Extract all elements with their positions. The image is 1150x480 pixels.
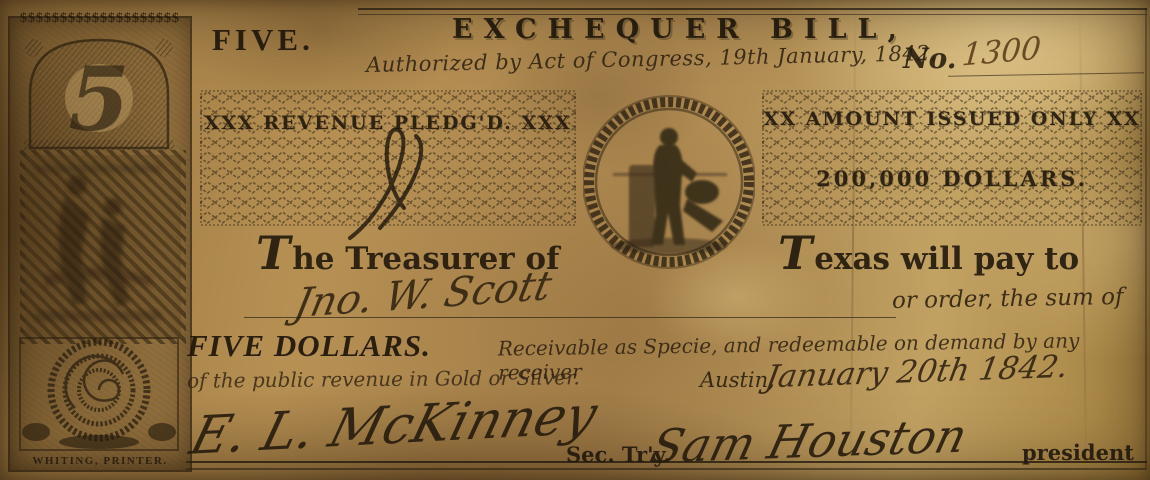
number-label: No. [903, 42, 957, 75]
right-border-rule [1145, 8, 1147, 468]
serial-number-handwritten: 1300 [961, 30, 1043, 73]
authorization-line: Authorized by Act of Congress, 19th Janu… [366, 41, 938, 77]
bill-title: EXCHEQUER BILL, [452, 14, 908, 45]
printer-credit: WHITING, PRINTER. [10, 455, 190, 467]
amount-issued-text: XX AMOUNT ISSUED ONLY XX [762, 108, 1142, 130]
left-vignette-figures-icon [25, 155, 181, 339]
big-numeral-five: 5 [68, 47, 129, 150]
payer-line-right: Texas will pay to [778, 226, 1079, 280]
president-title: president [1022, 440, 1134, 465]
center-vignette-rope-circle-icon [583, 93, 755, 271]
revenue-pledged-panel: XXX REVENUE PLEDG'D. XXX [200, 90, 576, 226]
standing-figure-icon [611, 128, 727, 254]
or-order-text: or order, the sum of [892, 284, 1124, 314]
left-vignette-frame [20, 150, 186, 344]
exchequer-bill-note: $$$$$$$$$$$$$$$$$$$$ 5 [0, 0, 1150, 480]
dollar-sign-border: $$$$$$$$$$$$$$$$$$$$ [10, 11, 190, 27]
payee-rule-line [244, 317, 896, 318]
swirl-medallion-icon [18, 336, 180, 452]
amount-issued-panel: XX AMOUNT ISSUED ONLY XX 200,000 DOLLARS… [762, 90, 1142, 226]
numeral-five-medallion-icon: 5 [18, 32, 180, 150]
secretary-signature: E. L. McKinney [184, 385, 603, 467]
amount-in-words: FIVE DOLLARS. [187, 328, 431, 364]
left-ornament-panel: $$$$$$$$$$$$$$$$$$$$ 5 [8, 16, 192, 472]
paper-crease [1079, 0, 1088, 480]
president-signature: Sam Houston [645, 408, 972, 473]
serial-number-line [948, 72, 1144, 76]
amount-issued-value: 200,000 DOLLARS. [762, 166, 1142, 191]
denomination-word: FIVE. [212, 22, 314, 58]
